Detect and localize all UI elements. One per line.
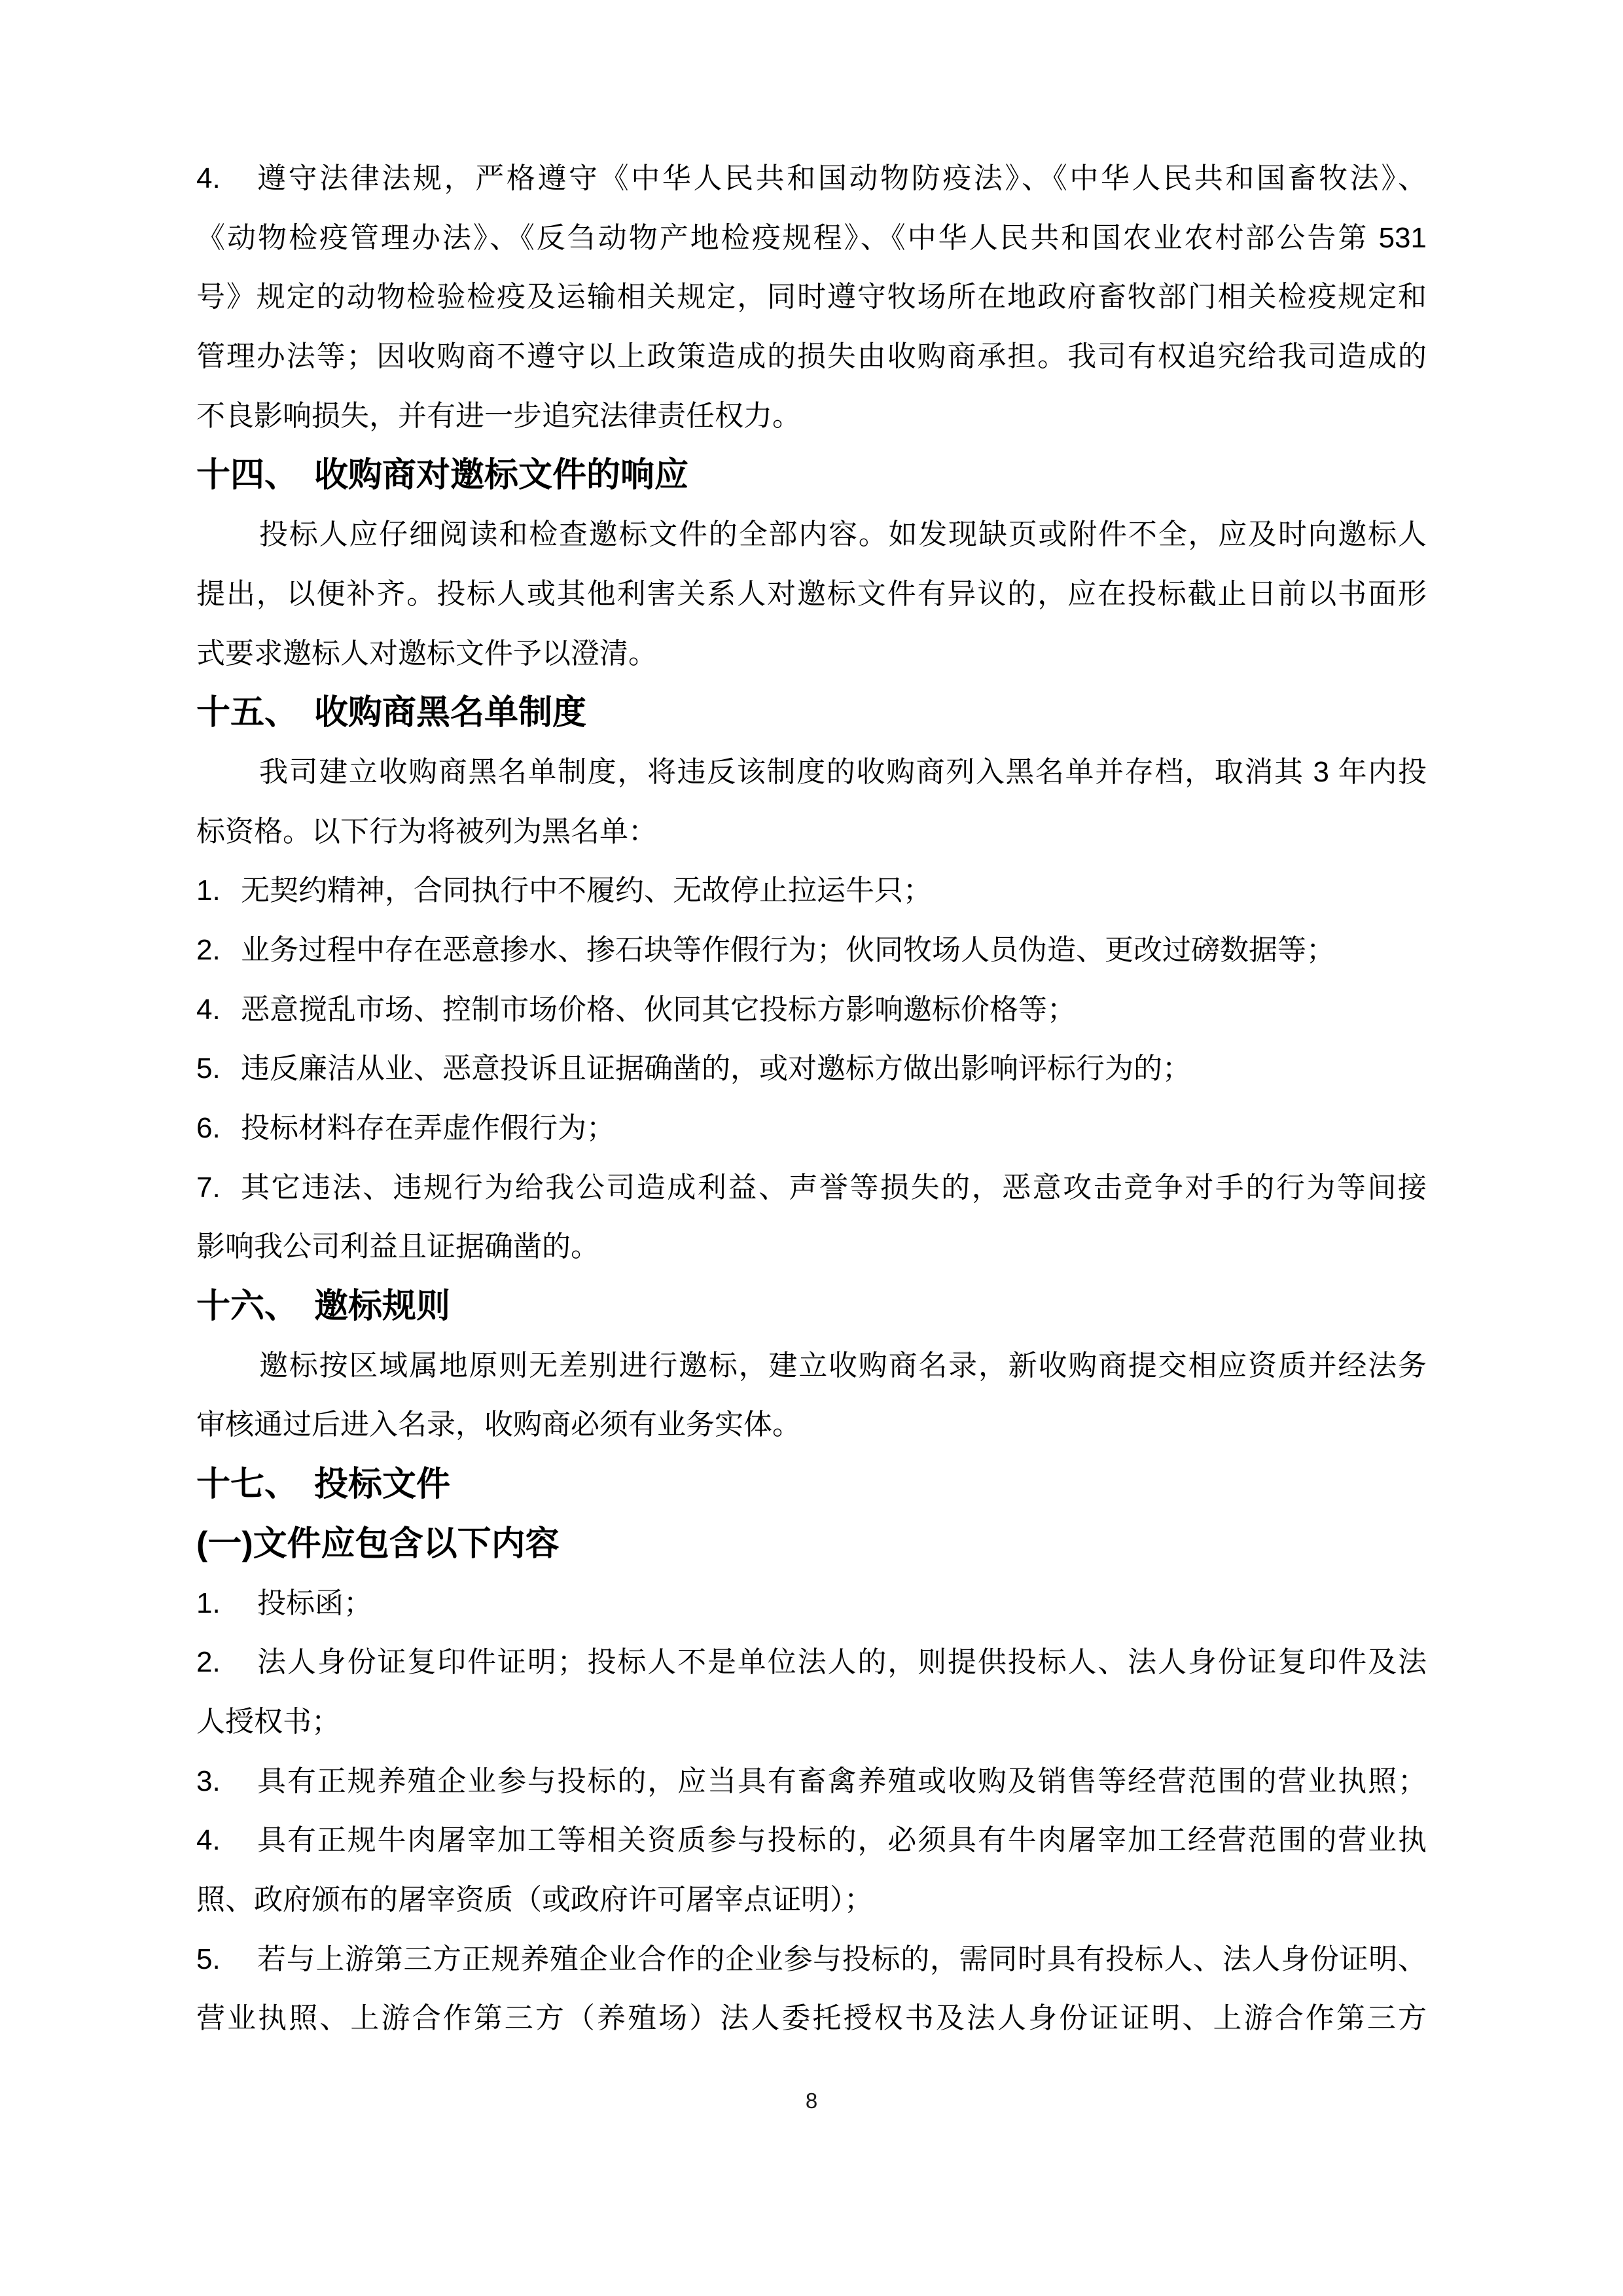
body-text: 照、政府颁布的屠宰资质（或政府许可屠宰点证明）； [196,1884,873,1916]
body-text: 具有正规牛肉屠宰加工等相关资质参与投标的，必须具有牛肉屠宰加工经营范围的营业执 [257,1824,1427,1856]
text-line: 1.投标函； [196,1574,1427,1634]
body-text: 不良影响损失，并有进一步追究法律责任权力。 [196,400,801,432]
page-number: 8 [0,2081,1623,2121]
body-text: 违反廉洁从业、恶意投诉且证据确凿的，或对邀标方做出影响评标行为的； [241,1052,1191,1085]
list-item: 3.具有正规养殖企业参与投标的，应当具有畜禽养殖或收购及销售等经营范围的营业执照… [196,1752,1427,1812]
text-line: 3.具有正规养殖企业参与投标的，应当具有畜禽养殖或收购及销售等经营范围的营业执照… [196,1752,1427,1812]
body-text: 恶意搅乱市场、控制市场价格、伙同其它投标方影响邀标价格等； [241,994,1076,1026]
text-line: 审核通过后进入名录，收购商必须有业务实体。 [196,1395,1427,1455]
body-text: 号》规定的动物检验检疫及运输相关规定，同时遵守牧场所在地政府畜牧部门相关检疫规定… [196,281,1427,313]
item-number: 3. [196,1752,221,1812]
list-item: 4.恶意搅乱市场、控制市场价格、伙同其它投标方影响邀标价格等； [196,980,1427,1040]
text-line: 影响我公司利益且证据确凿的。 [196,1217,1427,1277]
body-text: 投标人应仔细阅读和检查邀标文件的全部内容。如发现缺页或附件不全，应及时向邀标人 [259,518,1427,550]
text-line: 十六、邀标规则 [196,1277,1427,1336]
text-line: 不良影响损失，并有进一步追究法律责任权力。 [196,387,1427,446]
body-text: 营业执照、上游合作第三方（养殖场）法人委托授权书及法人身份证证明、上游合作第三方 [196,2002,1427,2034]
text-line: 十五、收购商黑名单制度 [196,683,1427,743]
section-number: 十四、 [196,446,298,505]
body-text: 若与上游第三方正规养殖企业合作的企业参与投标的，需同时具有投标人、法人身份证明、 [257,1943,1427,1975]
item-number: 7. [196,1158,221,1218]
text-line: 7.其它违法、违规行为给我公司造成利益、声誉等损失的，恶意攻击竞争对手的行为等间… [196,1158,1427,1218]
list-item: 7.其它违法、违规行为给我公司造成利益、声誉等损失的，恶意攻击竞争对手的行为等间… [196,1158,1427,1277]
paragraph: 我司建立收购商黑名单制度，将违反该制度的收购商列入黑名单并存档，取消其 3 年内… [196,743,1427,861]
list-item: 4.具有正规牛肉屠宰加工等相关资质参与投标的，必须具有牛肉屠宰加工经营范围的营业… [196,1811,1427,1929]
text-line: 5.违反廉洁从业、恶意投诉且证据确凿的，或对邀标方做出影响评标行为的； [196,1039,1427,1099]
body-text: 提出，以便补齐。投标人或其他利害关系人对邀标文件有异议的，应在投标截止日前以书面… [196,578,1427,610]
item-number: 2. [196,1633,221,1693]
body-text: 《动物检疫管理办法》、《反刍动物产地检疫规程》、《中华人民共和国农业农村部公告第… [196,222,1427,254]
text-line: 投标人应仔细阅读和检查邀标文件的全部内容。如发现缺页或附件不全，应及时向邀标人 [196,505,1427,565]
body-text: 人授权书； [196,1706,340,1738]
body-text: 标资格。以下行为将被列为黑名单： [196,816,657,848]
heading-text: 投标文件 [314,1465,450,1503]
text-line: 2.业务过程中存在恶意掺水、掺石块等作假行为；伙同牧场人员伪造、更改过磅数据等； [196,921,1427,980]
text-line: 我司建立收购商黑名单制度，将违反该制度的收购商列入黑名单并存档，取消其 3 年内… [196,743,1427,802]
body-text: 审核通过后进入名录，收购商必须有业务实体。 [196,1408,801,1441]
text-line: 提出，以便补齐。投标人或其他利害关系人对邀标文件有异议的，应在投标截止日前以书面… [196,565,1427,624]
section-heading: 十七、投标文件 [196,1455,1427,1515]
section-heading: 十四、收购商对邀标文件的响应 [196,446,1427,505]
body-text: 无契约精神，合同执行中不履约、无故停止拉运牛只； [241,874,932,906]
text-line: 管理办法等；因收购商不遵守以上政策造成的损失由收购商承担。我司有权追究给我司造成… [196,327,1427,387]
list-item: 5.违反廉洁从业、恶意投诉且证据确凿的，或对邀标方做出影响评标行为的； [196,1039,1427,1099]
body-text: 其它违法、违规行为给我公司造成利益、声誉等损失的，恶意攻击竞争对手的行为等间接 [241,1172,1427,1204]
text-line: 4.遵守法律法规，严格遵守《中华人民共和国动物防疫法》、《中华人民共和国畜牧法》… [196,149,1427,209]
item-number: 5. [196,1930,221,1990]
text-line: 十四、收购商对邀标文件的响应 [196,446,1427,505]
list-item: 4.遵守法律法规，严格遵守《中华人民共和国动物防疫法》、《中华人民共和国畜牧法》… [196,149,1427,446]
item-number: 1. [196,861,221,921]
text-line: 十七、投标文件 [196,1455,1427,1515]
item-number: 6. [196,1099,221,1158]
item-number: 4. [196,1811,221,1871]
list-item: 2.法人身份证复印件证明；投标人不是单位法人的，则提供投标人、法人身份证复印件及… [196,1633,1427,1751]
item-number: 1. [196,1574,221,1634]
item-number: 2. [196,921,221,980]
item-number: 5. [196,1039,221,1099]
section-heading: (一)文件应包含以下内容 [196,1515,1427,1574]
item-number: 4. [196,980,221,1040]
heading-text: 收购商黑名单制度 [314,694,586,732]
paragraph: 投标人应仔细阅读和检查邀标文件的全部内容。如发现缺页或附件不全，应及时向邀标人提… [196,505,1427,683]
text-line: 人授权书； [196,1693,1427,1752]
text-line: 6.投标材料存在弄虚作假行为； [196,1099,1427,1158]
text-line: 《动物检疫管理办法》、《反刍动物产地检疫规程》、《中华人民共和国农业农村部公告第… [196,209,1427,268]
body-text: 具有正规养殖企业参与投标的，应当具有畜禽养殖或收购及销售等经营范围的营业执照； [257,1765,1427,1797]
document-page: 4.遵守法律法规，严格遵守《中华人民共和国动物防疫法》、《中华人民共和国畜牧法》… [0,0,1623,2296]
text-line: 号》规定的动物检验检疫及运输相关规定，同时遵守牧场所在地政府畜牧部门相关检疫规定… [196,268,1427,327]
body-text: 法人身份证复印件证明；投标人不是单位法人的，则提供投标人、法人身份证复印件及法 [257,1646,1427,1678]
text-line: 2.法人身份证复印件证明；投标人不是单位法人的，则提供投标人、法人身份证复印件及… [196,1633,1427,1693]
list-item: 1.无契约精神，合同执行中不履约、无故停止拉运牛只； [196,861,1427,921]
list-item: 5.若与上游第三方正规养殖企业合作的企业参与投标的，需同时具有投标人、法人身份证… [196,1930,1427,2049]
section-number: 十七、 [196,1455,298,1515]
text-line: (一)文件应包含以下内容 [196,1515,1427,1574]
section-number: 十五、 [196,683,298,743]
list-item: 1.投标函； [196,1574,1427,1634]
body-text: 遵守法律法规，严格遵守《中华人民共和国动物防疫法》、《中华人民共和国畜牧法》、 [257,162,1427,194]
text-line: 5.若与上游第三方正规养殖企业合作的企业参与投标的，需同时具有投标人、法人身份证… [196,1930,1427,1990]
heading-text: (一)文件应包含以下内容 [196,1525,560,1563]
body-text: 投标函； [257,1587,372,1619]
section-heading: 十六、邀标规则 [196,1277,1427,1336]
body-text: 业务过程中存在恶意掺水、掺石块等作假行为；伙同牧场人员伪造、更改过磅数据等； [241,934,1335,966]
text-line: 标资格。以下行为将被列为黑名单： [196,802,1427,862]
body-text: 影响我公司利益且证据确凿的。 [196,1230,599,1263]
list-item: 6.投标材料存在弄虚作假行为； [196,1099,1427,1158]
text-line: 4.恶意搅乱市场、控制市场价格、伙同其它投标方影响邀标价格等； [196,980,1427,1040]
body-text: 投标材料存在弄虚作假行为； [241,1112,615,1144]
text-line: 1.无契约精神，合同执行中不履约、无故停止拉运牛只； [196,861,1427,921]
text-line: 4.具有正规牛肉屠宰加工等相关资质参与投标的，必须具有牛肉屠宰加工经营范围的营业… [196,1811,1427,1871]
text-line: 照、政府颁布的屠宰资质（或政府许可屠宰点证明）； [196,1871,1427,1930]
text-line: 营业执照、上游合作第三方（养殖场）法人委托授权书及法人身份证证明、上游合作第三方 [196,1989,1427,2049]
paragraph: 邀标按区域属地原则无差别进行邀标，建立收购商名录，新收购商提交相应资质并经法务审… [196,1336,1427,1455]
text-line: 式要求邀标人对邀标文件予以澄清。 [196,624,1427,684]
body-text: 式要求邀标人对邀标文件予以澄清。 [196,637,657,670]
section-heading: 十五、收购商黑名单制度 [196,683,1427,743]
body-text: 管理办法等；因收购商不遵守以上政策造成的损失由收购商承担。我司有权追究给我司造成… [196,340,1427,372]
heading-text: 邀标规则 [314,1287,450,1325]
section-number: 十六、 [196,1277,298,1336]
body-text: 邀标按区域属地原则无差别进行邀标，建立收购商名录，新收购商提交相应资质并经法务 [259,1350,1427,1382]
text-line: 邀标按区域属地原则无差别进行邀标，建立收购商名录，新收购商提交相应资质并经法务 [196,1336,1427,1396]
page-content: 4.遵守法律法规，严格遵守《中华人民共和国动物防疫法》、《中华人民共和国畜牧法》… [196,149,1427,2049]
body-text: 我司建立收购商黑名单制度，将违反该制度的收购商列入黑名单并存档，取消其 3 年内… [259,756,1427,788]
heading-text: 收购商对邀标文件的响应 [314,456,688,494]
item-number: 4. [196,149,221,209]
list-item: 2.业务过程中存在恶意掺水、掺石块等作假行为；伙同牧场人员伪造、更改过磅数据等； [196,921,1427,980]
